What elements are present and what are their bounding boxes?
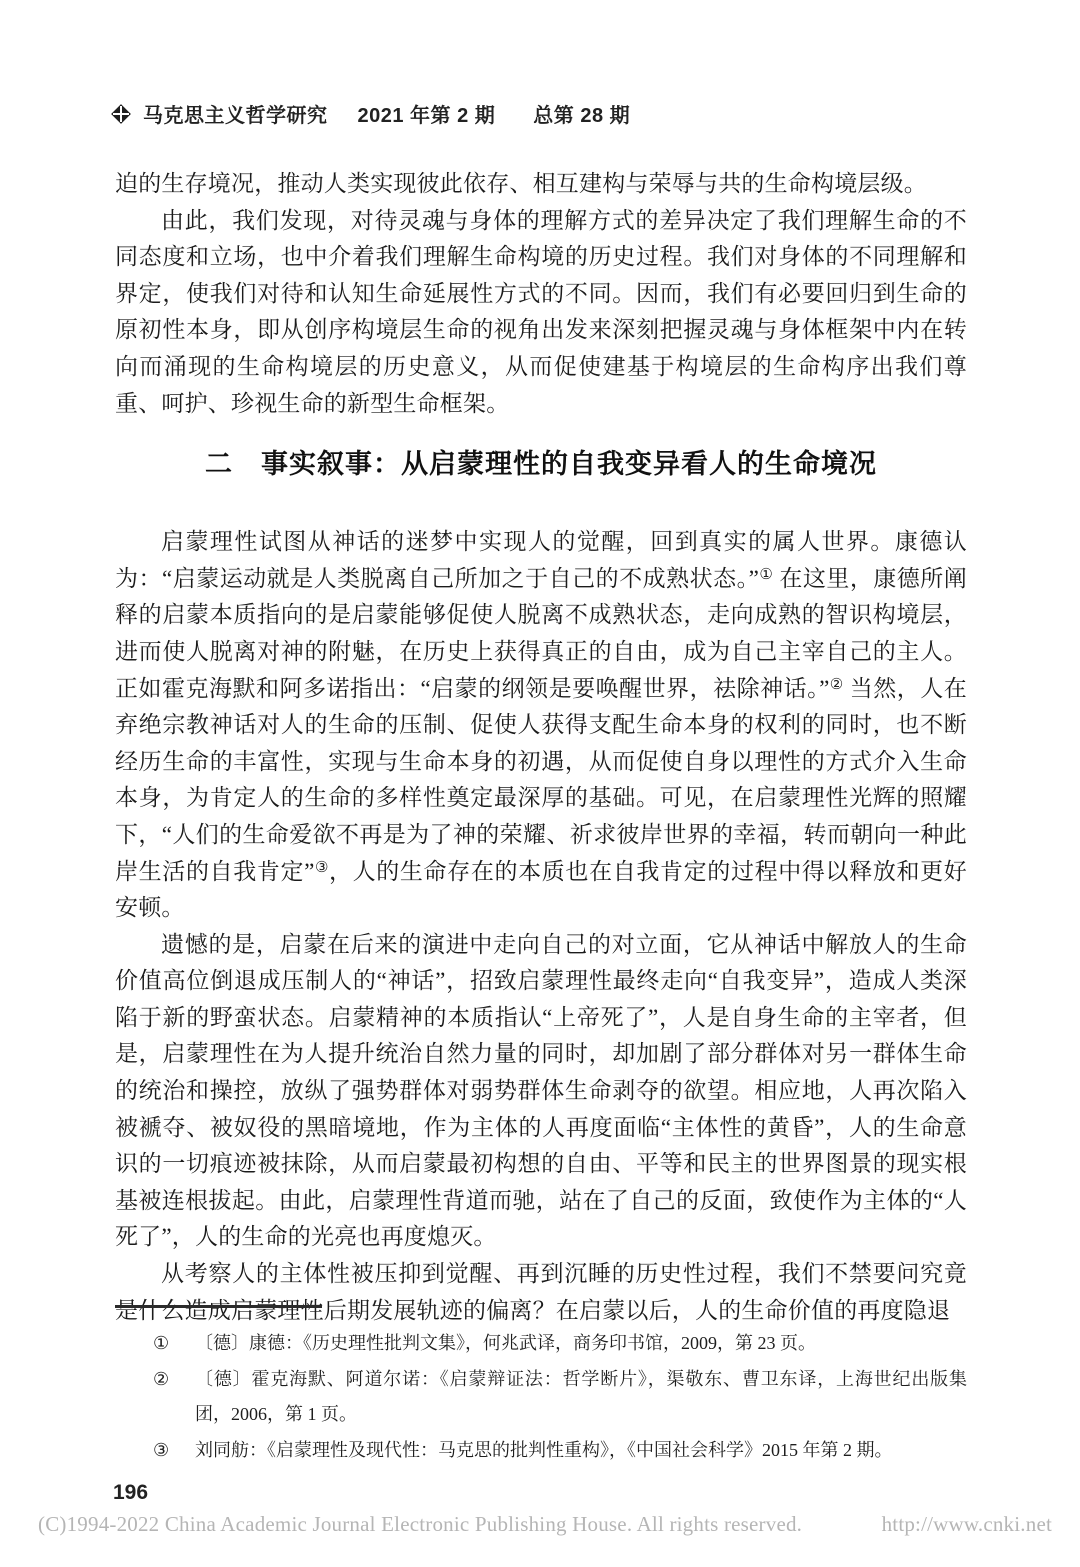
- footnote-item: ②〔德〕霍克海默、阿道尔诺：《启蒙辩证法：哲学断片》，渠敬东、曹卫东译，上海世纪…: [115, 1362, 967, 1433]
- paragraph: 遗憾的是，启蒙在后来的演进中走向自己的对立面，它从神话中解放人的生命价值高位倒退…: [115, 927, 967, 1256]
- page-number: 196: [113, 1481, 148, 1505]
- footnote-text: 〔德〕康德：《历史理性批判文集》，何兆武译，商务印书馆，2009，第 23 页。: [195, 1326, 967, 1362]
- section-heading: 二 事实叙事：从启蒙理性的自我变异看人的生命境况: [115, 444, 967, 484]
- footnote-item: ③刘同舫：《启蒙理性及现代性：马克思的批判性重构》，《中国社会科学》2015 年…: [115, 1433, 967, 1469]
- footnote-ref: ③: [315, 860, 329, 876]
- journal-total-issue: 总第 28 期: [533, 99, 630, 128]
- footnote-ref: ①: [759, 567, 773, 583]
- footnote-text: 刘同舫：《启蒙理性及现代性：马克思的批判性重构》，《中国社会科学》2015 年第…: [195, 1433, 967, 1469]
- copyright-text: (C)1994-2022 China Academic Journal Elec…: [38, 1512, 802, 1537]
- journal-title: 马克思主义哲学研究: [143, 99, 328, 128]
- footnote-item: ①〔德〕康德：《历史理性批判文集》，何兆武译，商务印书馆，2009，第 23 页…: [115, 1326, 967, 1362]
- footnote-marker: ①: [153, 1326, 195, 1362]
- paragraph: 启蒙理性试图从神话的迷梦中实现人的觉醒，回到真实的属人世界。康德认为：“启蒙运动…: [115, 524, 967, 927]
- footnotes: ①〔德〕康德：《历史理性批判文集》，何兆武译，商务印书馆，2009，第 23 页…: [115, 1305, 967, 1468]
- footnote-separator: [115, 1305, 322, 1308]
- footnote-marker: ③: [153, 1433, 195, 1469]
- copyright-url: http://www.cnki.net: [882, 1512, 1052, 1537]
- article-blocks: 迫的生存境况，推动人类实现彼此依存、相互建构与荣辱与共的生命构境层级。由此，我们…: [115, 166, 967, 1329]
- journal-issue: 2021 年第 2 期: [358, 99, 496, 128]
- paragraph: 由此，我们发现，对待灵魂与身体的理解方式的差异决定了我们理解生命的不同态度和立场…: [115, 203, 967, 423]
- copyright-watermark: (C)1994-2022 China Academic Journal Elec…: [38, 1512, 1052, 1537]
- scanned-paper-page: 马克思主义哲学研究 2021 年第 2 期 总第 28 期 迫的生存境况，推动人…: [0, 0, 1080, 1567]
- journal-ornament-icon: [113, 106, 129, 122]
- footnote-ref: ②: [830, 677, 844, 693]
- footnote-text: 〔德〕霍克海默、阿道尔诺：《启蒙辩证法：哲学断片》，渠敬东、曹卫东译，上海世纪出…: [195, 1362, 967, 1433]
- footnote-list: ①〔德〕康德：《历史理性批判文集》，何兆武译，商务印书馆，2009，第 23 页…: [115, 1326, 967, 1468]
- paragraph: 迫的生存境况，推动人类实现彼此依存、相互建构与荣辱与共的生命构境层级。: [115, 166, 967, 203]
- journal-header: 马克思主义哲学研究 2021 年第 2 期 总第 28 期: [113, 99, 630, 128]
- footnote-marker: ②: [153, 1362, 195, 1433]
